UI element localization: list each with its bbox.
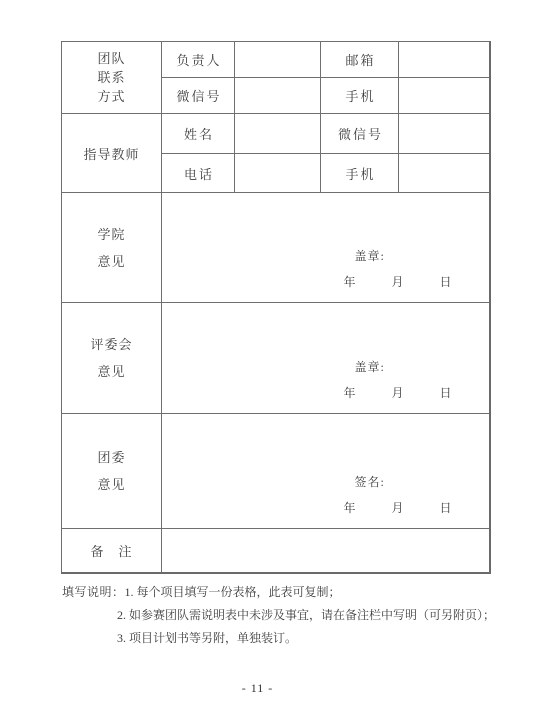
advisor-section-label: 指导教师 — [62, 114, 162, 193]
table-row-remarks: 备 注 — [62, 529, 490, 573]
committee-opinion-label: 评委会 意见 — [62, 303, 162, 414]
field-label-email: 邮箱 — [321, 42, 399, 78]
page-number: - 11 - — [0, 681, 515, 696]
committee-opinion-sign-block: 盖章: 年 月 日 — [343, 354, 451, 406]
field-label-advisor-name: 姓名 — [162, 114, 235, 154]
application-form-table: 团队 联系 方式 负责人 邮箱 微信号 手机 指导教师 姓名 微信号 — [61, 41, 491, 574]
value-cell-advisor-phone — [235, 154, 321, 193]
league-signature-label: 签名: — [343, 469, 451, 495]
college-opinion-label: 学院 意见 — [62, 193, 162, 303]
fill-instructions: 填写说明：1. 每个项目填写一份表格，此表可复制； 2. 如参赛团队需说明表中未… — [62, 581, 522, 650]
college-opinion-label-line-1: 学院 — [62, 221, 161, 248]
contact-label-line-2: 联系 — [62, 68, 161, 87]
document-page: 团队 联系 方式 负责人 邮箱 微信号 手机 指导教师 姓名 微信号 — [0, 0, 557, 726]
field-label-mobile: 手机 — [321, 78, 399, 114]
note-item-2: 2. 如参赛团队需说明表中未涉及事宜，请在备注栏中写明（可另附页）； — [117, 604, 522, 627]
value-cell-advisor-wechat — [399, 114, 490, 154]
college-date-line: 年 月 日 — [343, 269, 451, 295]
league-opinion-label: 团委 意见 — [62, 414, 162, 529]
committee-opinion-content-cell: 盖章: 年 月 日 — [162, 303, 490, 414]
committee-opinion-label-line-1: 评委会 — [62, 331, 161, 358]
field-label-leader: 负责人 — [162, 42, 235, 78]
value-cell-advisor-mobile — [399, 154, 490, 193]
value-cell-mobile — [399, 78, 490, 114]
value-cell-wechat — [235, 78, 321, 114]
field-label-advisor-wechat: 微信号 — [321, 114, 399, 154]
field-label-advisor-mobile: 手机 — [321, 154, 399, 193]
field-label-wechat: 微信号 — [162, 78, 235, 114]
league-opinion-sign-block: 签名: 年 月 日 — [343, 469, 451, 521]
contact-section-label: 团队 联系 方式 — [62, 42, 162, 114]
contact-label-line-1: 团队 — [62, 49, 161, 68]
remarks-value-cell — [162, 529, 490, 573]
remarks-label: 备 注 — [62, 529, 162, 573]
college-opinion-content-cell: 盖章: 年 月 日 — [162, 193, 490, 303]
league-opinion-label-line-2: 意见 — [62, 471, 161, 498]
value-cell-advisor-name — [235, 114, 321, 154]
table-row-contact-1: 团队 联系 方式 负责人 邮箱 — [62, 42, 490, 78]
note-line-1: 填写说明：1. 每个项目填写一份表格，此表可复制； — [62, 581, 522, 604]
notes-prefix: 填写说明： — [62, 585, 125, 599]
contact-label-line-3: 方式 — [62, 87, 161, 106]
committee-stamp-label: 盖章: — [343, 354, 451, 380]
table-row-advisor-1: 指导教师 姓名 微信号 — [62, 114, 490, 154]
committee-date-line: 年 月 日 — [343, 380, 451, 406]
table-row-league-opinion: 团委 意见 签名: 年 月 日 — [62, 414, 490, 529]
league-date-line: 年 月 日 — [343, 495, 451, 521]
field-label-advisor-phone: 电话 — [162, 154, 235, 193]
note-item-1: 1. 每个项目填写一份表格，此表可复制； — [125, 585, 341, 599]
table-row-committee-opinion: 评委会 意见 盖章: 年 月 日 — [62, 303, 490, 414]
value-cell-email — [399, 42, 490, 78]
value-cell-leader — [235, 42, 321, 78]
league-opinion-label-line-1: 团委 — [62, 444, 161, 471]
college-stamp-label: 盖章: — [343, 243, 451, 269]
league-opinion-content-cell: 签名: 年 月 日 — [162, 414, 490, 529]
college-opinion-label-line-2: 意见 — [62, 248, 161, 275]
college-opinion-sign-block: 盖章: 年 月 日 — [343, 243, 451, 295]
committee-opinion-label-line-2: 意见 — [62, 358, 161, 385]
note-item-3: 3. 项目计划书等另附，单独装订。 — [117, 627, 522, 650]
table-row-college-opinion: 学院 意见 盖章: 年 月 日 — [62, 193, 490, 303]
